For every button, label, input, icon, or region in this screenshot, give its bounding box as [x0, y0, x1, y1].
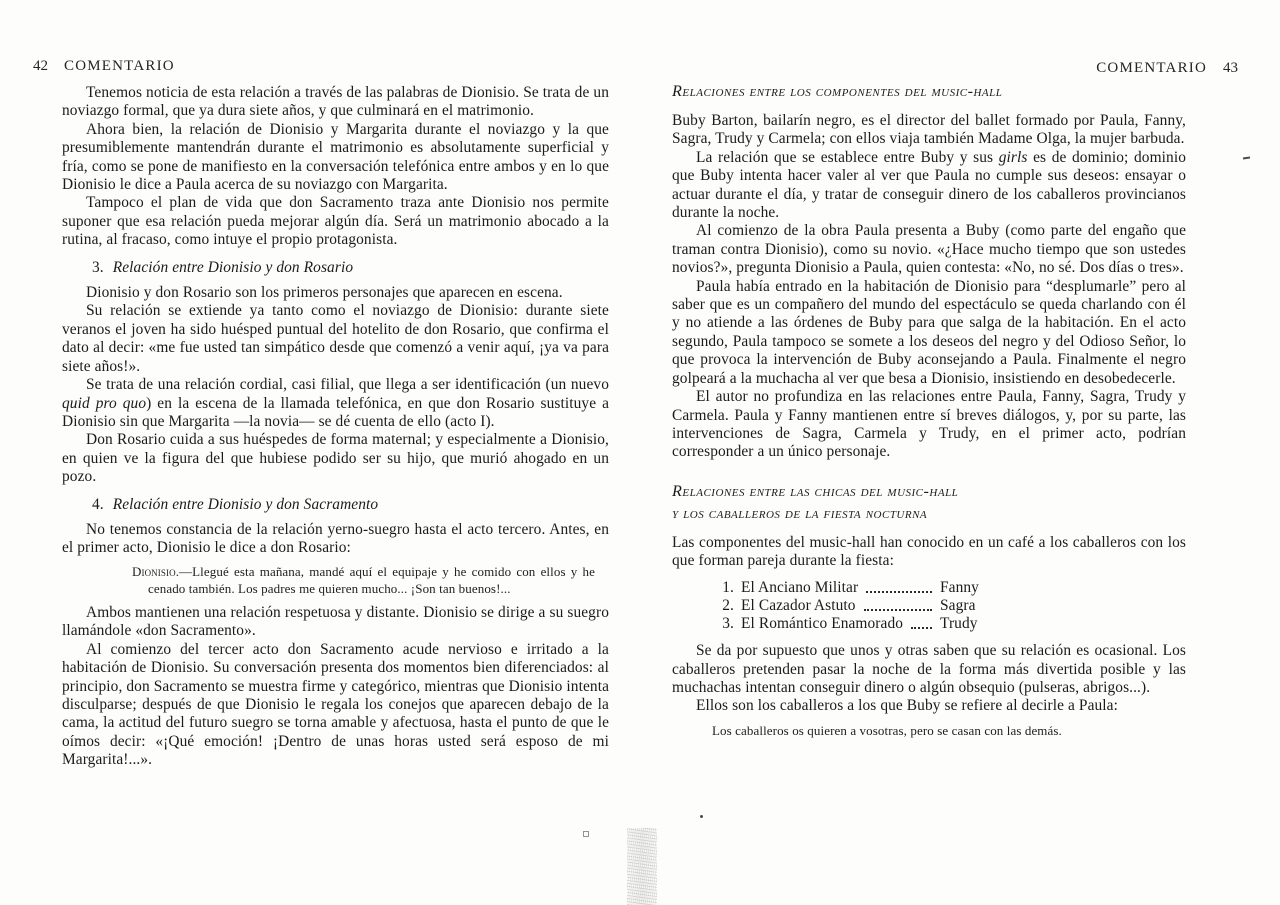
- left-page-text-column: Tenemos noticia de esta relación a travé…: [62, 84, 609, 770]
- scan-speck: [583, 831, 589, 837]
- character-pair-list: 1.El Anciano MilitarFanny2.El Cazador As…: [712, 579, 1018, 634]
- paragraph: Ellos son los caballeros a los que Buby …: [672, 697, 1186, 715]
- paragraph: No tenemos constancia de la relación yer…: [62, 521, 609, 558]
- paragraph: El autor no profundiza en las relaciones…: [672, 388, 1186, 462]
- text-run: Su relación se extiende ya tanto como el…: [62, 302, 609, 374]
- text-run: Las componentes del music-hall han conoc…: [672, 534, 1186, 569]
- scan-noise-artifact: [627, 828, 657, 905]
- scan-speck: [92, 312, 94, 314]
- caps-section-heading: Relaciones entre las chicas del music-ha…: [672, 480, 1186, 524]
- italic-text: quid pro quo: [62, 395, 146, 412]
- paragraph: La relación que se establece entre Buby …: [672, 149, 1186, 223]
- paragraph: Al comienzo del tercer acto don Sacramen…: [62, 641, 609, 770]
- section-number: 3.: [92, 259, 104, 276]
- text-run: Don Rosario cuida a sus huéspedes de for…: [62, 431, 609, 485]
- list-item-number: 1.: [712, 579, 734, 597]
- paragraph: Se trata de una relación cordial, casi f…: [62, 376, 609, 431]
- left-page-number: 42: [33, 58, 48, 74]
- right-running-header: COMENTARIO43: [1096, 60, 1238, 77]
- paragraph: Las componentes del music-hall han conoc…: [672, 534, 1186, 571]
- caps-heading-line: Relaciones entre las chicas del music-ha…: [672, 480, 1186, 502]
- paragraph: Tampoco el plan de vida que don Sacramen…: [62, 194, 609, 249]
- list-item-label: El Anciano Militar: [741, 579, 858, 597]
- list-item-number: 3.: [712, 615, 734, 633]
- italic-text: girls: [999, 149, 1028, 166]
- dotted-leader: [911, 627, 932, 629]
- dotted-leader: [864, 609, 932, 611]
- paragraph: Se da por supuesto que unos y otras sabe…: [672, 642, 1186, 697]
- text-run: Los caballeros os quieren a vosotras, pe…: [712, 723, 1062, 738]
- text-run: Ahora bien, la relación de Dionisio y Ma…: [62, 121, 609, 193]
- list-item-value: Fanny: [940, 579, 1018, 597]
- paragraph: Al comienzo de la obra Paula presenta a …: [672, 222, 1186, 277]
- text-run: .—Llegué esta mañana, mandé aquí el equi…: [148, 564, 595, 597]
- block-quote: Dionisio.—Llegué esta mañana, mandé aquí…: [132, 563, 595, 598]
- text-run: Al comienzo del tercer acto don Sacramen…: [62, 641, 609, 768]
- paragraph: Tenemos noticia de esta relación a travé…: [62, 84, 609, 121]
- text-run: Buby Barton, bailarín negro, es el direc…: [672, 112, 1186, 147]
- text-run: Dionisio y don Rosario son los primeros …: [86, 284, 563, 301]
- text-run: Ellos son los caballeros a los que Buby …: [696, 697, 1118, 714]
- scanned-book-spread: 42COMENTARIO COMENTARIO43 Tenemos notici…: [0, 0, 1280, 905]
- section-number: 4.: [92, 496, 104, 513]
- paragraph: Paula había entrado en la habitación de …: [672, 278, 1186, 388]
- text-run: Tampoco el plan de vida que don Sacramen…: [62, 194, 609, 248]
- list-item-value: Sagra: [940, 597, 1018, 615]
- list-item-label: El Romántico Enamorado: [741, 615, 903, 633]
- text-run: Al comienzo de la obra Paula presenta a …: [672, 222, 1186, 276]
- right-page-number: 43: [1223, 60, 1238, 76]
- list-item: 1.El Anciano MilitarFanny: [712, 579, 1018, 597]
- paragraph: Ambos mantienen una relación respetuosa …: [62, 604, 609, 641]
- dotted-leader: [866, 591, 932, 593]
- section-title: Relación entre Dionisio y don Rosario: [113, 259, 353, 276]
- text-run: Se trata de una relación cordial, casi f…: [86, 376, 609, 393]
- paragraph: Dionisio y don Rosario son los primeros …: [62, 284, 609, 302]
- text-run: La relación que se establece entre Buby …: [696, 149, 999, 166]
- text-run: No tenemos constancia de la relación yer…: [62, 521, 609, 556]
- paragraph: Don Rosario cuida a sus huéspedes de for…: [62, 431, 609, 486]
- scan-speck: [1243, 157, 1250, 160]
- section-heading: 4.Relación entre Dionisio y don Sacramen…: [92, 496, 609, 514]
- right-page-text-column: Relaciones entre los componentes del mus…: [672, 80, 1186, 739]
- list-item-number: 2.: [712, 597, 734, 615]
- paragraph: Su relación se extiende ya tanto como el…: [62, 302, 609, 376]
- section-title: Relación entre Dionisio y don Sacramento: [113, 496, 378, 513]
- text-run: El autor no profundiza en las relaciones…: [672, 388, 1186, 460]
- paragraph: Buby Barton, bailarín negro, es el direc…: [672, 112, 1186, 149]
- text-run: Paula había entrado en la habitación de …: [672, 278, 1186, 387]
- text-run: Ambos mantienen una relación respetuosa …: [62, 604, 609, 639]
- text-run: Tenemos noticia de esta relación a travé…: [62, 84, 609, 119]
- right-running-header-title: COMENTARIO: [1096, 60, 1207, 76]
- list-item-label: El Cazador Astuto: [741, 597, 856, 615]
- caps-heading-line: y los caballeros de la fiesta nocturna: [672, 502, 1186, 524]
- paragraph: Ahora bien, la relación de Dionisio y Ma…: [62, 121, 609, 195]
- left-running-header: 42COMENTARIO: [33, 58, 175, 75]
- caps-heading-line: Relaciones entre los componentes del mus…: [672, 80, 1186, 102]
- text-run: Se da por supuesto que unos y otras sabe…: [672, 642, 1186, 696]
- speaker-name: Dionisio: [132, 564, 176, 579]
- list-item: 3.El Romántico EnamoradoTrudy: [712, 615, 1018, 633]
- left-running-header-title: COMENTARIO: [64, 58, 175, 74]
- block-quote: Los caballeros os quieren a vosotras, pe…: [712, 722, 1186, 740]
- list-item-value: Trudy: [940, 615, 1018, 633]
- scan-speck: [700, 815, 703, 818]
- list-item: 2.El Cazador AstutoSagra: [712, 597, 1018, 615]
- caps-section-heading: Relaciones entre los componentes del mus…: [672, 80, 1186, 102]
- section-heading: 3.Relación entre Dionisio y don Rosario: [92, 259, 609, 277]
